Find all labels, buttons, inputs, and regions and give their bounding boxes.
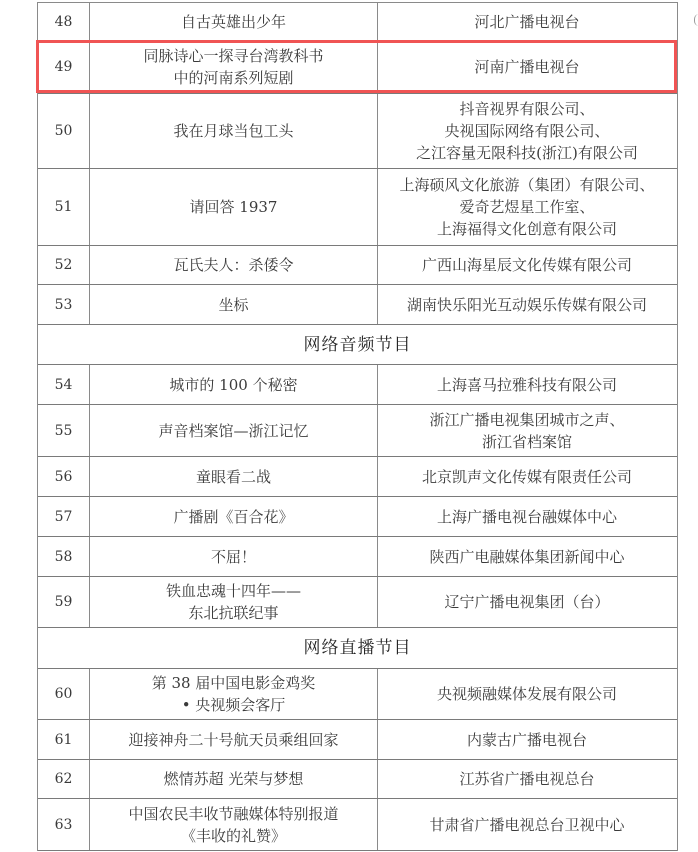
program-title: 自古英雄出少年 [90,3,378,40]
producer-org: 上海喜马拉雅科技有限公司 [378,365,676,404]
table-row: 48 自古英雄出少年 河北广播电视台 [38,3,677,41]
section-header-livestream: 网络直播节目 [38,628,677,669]
row-number: 62 [38,760,90,798]
row-number: 50 [38,94,90,168]
table-row: 56 童眼看二战 北京凯声文化传媒有限责任公司 [38,457,677,497]
producer-org: 浙江广播电视集团城市之声、 浙江省档案馆 [378,405,676,456]
table-row: 62 燃情苏超 光荣与梦想 江苏省广播电视总台 [38,760,677,799]
producer-org: 抖音视界有限公司、 央视国际网络有限公司、 之江容量无限科技(浙江)有限公司 [378,94,676,168]
producer-org: 央视频融媒体发展有限公司 [378,669,676,719]
program-title: 迎接神舟二十号航天员乘组回家 [90,720,378,759]
table-row: 49 同脉诗心一探寻台湾教科书 中的河南系列短剧 河南广播电视台 [38,41,677,94]
row-number: 49 [38,41,90,93]
producer-org: 辽宁广播电视集团（台） [378,577,676,627]
program-title: 第 38 届中国电影金鸡奖 • 央视频会客厅 [90,669,378,719]
table-row: 58 不屈！ 陕西广电融媒体集团新闻中心 [38,537,677,577]
program-title: 铁血忠魂十四年—— 东北抗联纪事 [90,577,378,627]
producer-org: 河北广播电视台 [378,3,676,40]
producer-org: 内蒙古广播电视台 [378,720,676,759]
producer-org: 江苏省广播电视总台 [378,760,676,798]
table-row: 60 第 38 届中国电影金鸡奖 • 央视频会客厅 央视频融媒体发展有限公司 [38,669,677,720]
row-number: 53 [38,285,90,324]
table-row: 61 迎接神舟二十号航天员乘组回家 内蒙古广播电视台 [38,720,677,760]
producer-org: 甘肃省广播电视总台卫视中心 [378,799,676,850]
table-row: 63 中国农民丰收节融媒体特别报道 《丰收的礼赞》 甘肃省广播电视总台卫视中心 [38,799,677,851]
row-number: 51 [38,169,90,245]
row-number: 52 [38,246,90,284]
program-title: 广播剧《百合花》 [90,497,378,536]
program-title: 我在月球当包工头 [90,94,378,168]
row-number: 61 [38,720,90,759]
table-row: 55 声音档案馆—浙江记忆 浙江广播电视集团城市之声、 浙江省档案馆 [38,405,677,457]
table-row: 50 我在月球当包工头 抖音视界有限公司、 央视国际网络有限公司、 之江容量无限… [38,94,677,169]
table-row: 51 请回答 1937 上海硕风文化旅游（集团）有限公司、 爱奇艺煜星工作室、 … [38,169,677,246]
producer-org: 北京凯声文化传媒有限责任公司 [378,457,676,496]
awards-table: 48 自古英雄出少年 河北广播电视台 49 同脉诗心一探寻台湾教科书 中的河南系… [37,2,678,851]
program-title: 城市的 100 个秘密 [90,365,378,404]
program-title: 坐标 [90,285,378,324]
table-row: 57 广播剧《百合花》 上海广播电视台融媒体中心 [38,497,677,537]
row-number: 59 [38,577,90,627]
row-number: 48 [38,3,90,40]
producer-org: 上海硕风文化旅游（集团）有限公司、 爱奇艺煜星工作室、 上海福得文化创意有限公司 [378,169,676,245]
program-title: 不屈！ [90,537,378,576]
program-title: 童眼看二战 [90,457,378,496]
program-title: 燃情苏超 光荣与梦想 [90,760,378,798]
row-number: 58 [38,537,90,576]
table-row: 54 城市的 100 个秘密 上海喜马拉雅科技有限公司 [38,365,677,405]
producer-org: 陕西广电融媒体集团新闻中心 [378,537,676,576]
row-number: 60 [38,669,90,719]
row-number: 57 [38,497,90,536]
row-number: 54 [38,365,90,404]
program-title: 请回答 1937 [90,169,378,245]
producer-org: 广西山海星辰文化传媒有限公司 [378,246,676,284]
program-title: 声音档案馆—浙江记忆 [90,405,378,456]
table-row: 59 铁血忠魂十四年—— 东北抗联纪事 辽宁广播电视集团（台） [38,577,677,628]
section-header-audio: 网络音频节目 [38,325,677,365]
table-row: 53 坐标 湖南快乐阳光互动娱乐传媒有限公司 [38,285,677,325]
partial-glyph-decoration [694,14,698,26]
producer-org: 上海广播电视台融媒体中心 [378,497,676,536]
row-number: 63 [38,799,90,850]
producer-org: 河南广播电视台 [378,41,676,93]
table-row: 52 瓦氏夫人：杀倭令 广西山海星辰文化传媒有限公司 [38,246,677,285]
producer-org: 湖南快乐阳光互动娱乐传媒有限公司 [378,285,676,324]
program-title: 中国农民丰收节融媒体特别报道 《丰收的礼赞》 [90,799,378,850]
program-title: 同脉诗心一探寻台湾教科书 中的河南系列短剧 [90,41,378,93]
program-title: 瓦氏夫人：杀倭令 [90,246,378,284]
row-number: 55 [38,405,90,456]
row-number: 56 [38,457,90,496]
